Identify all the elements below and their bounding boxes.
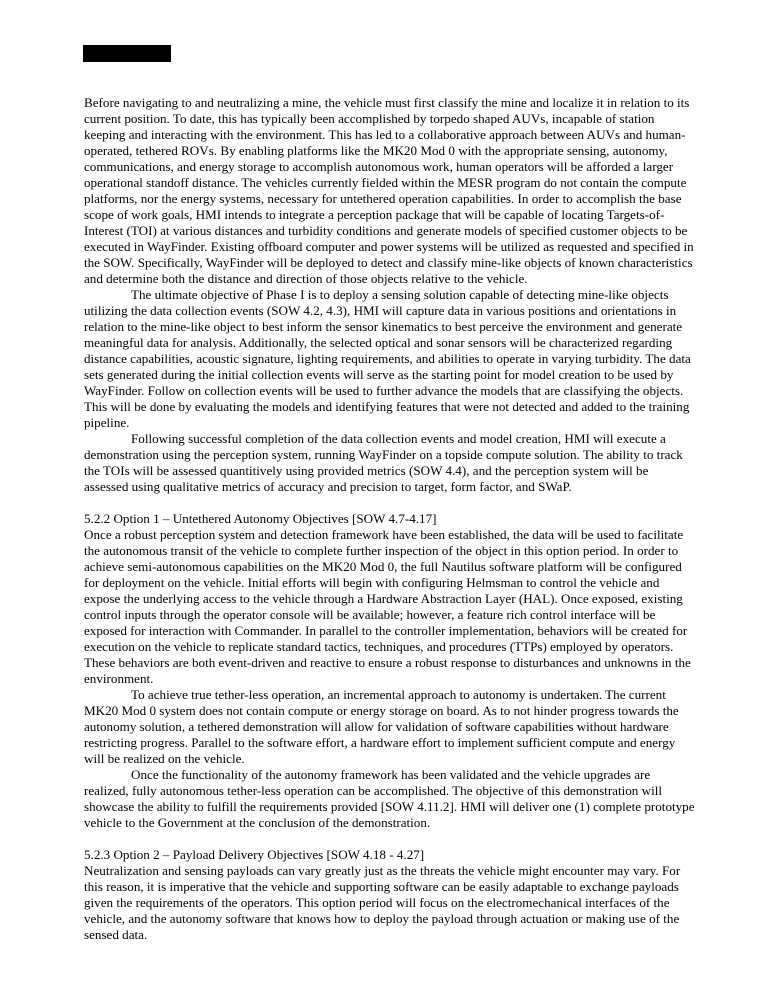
paragraph: Once a robust perception system and dete… bbox=[84, 527, 696, 687]
paragraph: Following successful completion of the d… bbox=[84, 431, 696, 495]
paragraph: To achieve true tether-less operation, a… bbox=[84, 687, 696, 767]
section-5-2-2: 5.2.2 Option 1 – Untethered Autonomy Obj… bbox=[84, 511, 696, 831]
paragraph: The ultimate objective of Phase I is to … bbox=[84, 287, 696, 431]
section-5-2-3: 5.2.3 Option 2 – Payload Delivery Object… bbox=[84, 847, 696, 943]
section-heading: 5.2.2 Option 1 – Untethered Autonomy Obj… bbox=[84, 511, 696, 527]
section-heading: 5.2.3 Option 2 – Payload Delivery Object… bbox=[84, 847, 696, 863]
document-body: Before navigating to and neutralizing a … bbox=[84, 95, 696, 943]
redaction-block bbox=[83, 45, 171, 62]
paragraph: Neutralization and sensing payloads can … bbox=[84, 863, 696, 943]
section-intro: Before navigating to and neutralizing a … bbox=[84, 95, 696, 495]
paragraph: Once the functionality of the autonomy f… bbox=[84, 767, 696, 831]
paragraph: Before navigating to and neutralizing a … bbox=[84, 95, 696, 287]
